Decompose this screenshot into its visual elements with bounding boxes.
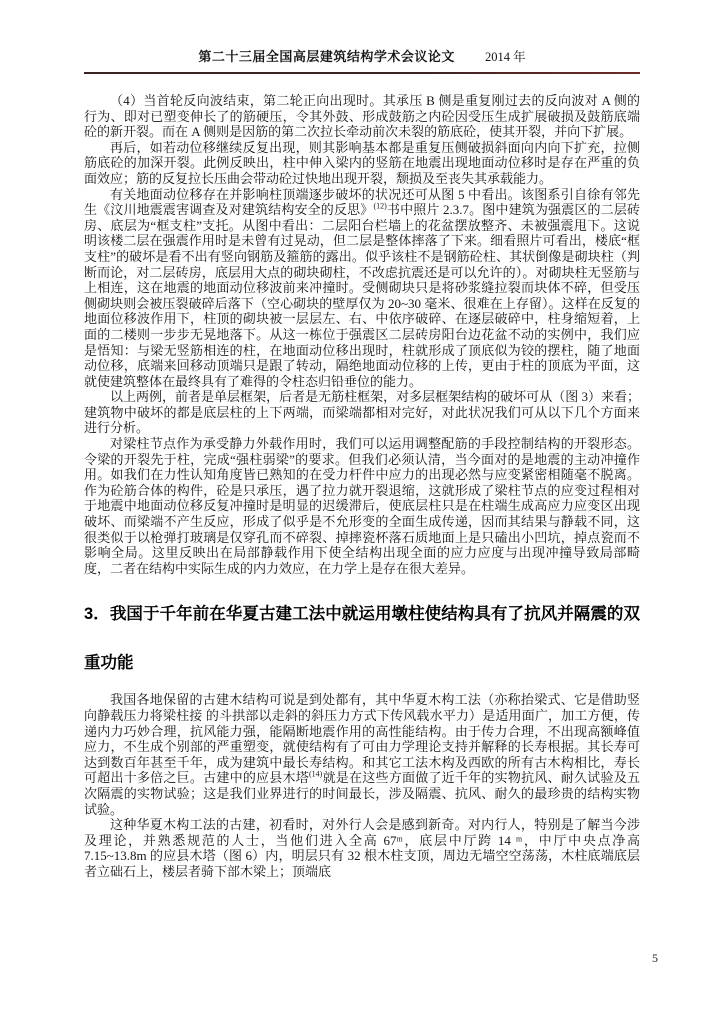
page-number: 5 [652, 951, 658, 966]
paragraph-7: 这种华夏木构工法的古建，初看时，对外行人会是感到新奇。对内行人，特别是了解当今涉… [84, 817, 640, 879]
paragraph-text: 书中照片 2.3.7。图中建筑为强震区的二层砖房、底层为“框支柱”支托。从图中看… [84, 202, 640, 389]
paragraph-4: 以上两例，前者是单层框架，后者是无筋柱框架，对多层框架结构的破坏可从（图 3）来… [84, 389, 640, 436]
body-content: （4）当首轮反向波结束，第二轮正向出现时。其承压 B 侧是重复刚过去的反向波对 … [84, 93, 640, 880]
page-header: 第二十三届全国高层建筑结构学术会议论文 2014 年 [84, 46, 640, 65]
paragraph-6: 我国各地保留的古建木结构可说是到处都有，其中华夏木构工法（亦称抬梁式、它是借助竖… [84, 692, 640, 817]
paragraph-2: 再后，如若动位移继续反复出现，则其影响基本都是重复压侧破损斜面向内向下扩充，拉侧… [84, 140, 640, 187]
paragraph-text: 这种华夏木构工法的古建，初看时，对外行人会是感到新奇。对内行人，特别是了解当今涉… [84, 817, 640, 879]
paragraph-1: （4）当首轮反向波结束，第二轮正向出现时。其承压 B 侧是重复刚过去的反向波对 … [84, 93, 640, 140]
citation-ref-12: (12) [373, 202, 386, 211]
section-3-heading: 3．我国于千年前在华夏古建工法中就运用墩柱使结构具有了抗风并隔震的双重功能 [84, 590, 640, 688]
paragraph-text: 以上两例，前者是单层框架，后者是无筋柱框架，对多层框架结构的破坏可从（图 3）来… [84, 389, 640, 435]
citation-ref-14: (14) [309, 770, 322, 779]
header-divider [84, 72, 640, 74]
paragraph-3: 有关地面动位移存在并影响柱顶端逐步破坏的状况还可从图 5 中看出。该图系引自徐有… [84, 187, 640, 390]
paper-page: 第二十三届全国高层建筑结构学术会议论文 2014 年 （4）当首轮反向波结束，第… [0, 0, 724, 1024]
paragraph-5: 对梁柱节点作为承受静力外载作用时，我们可以运用调整配筋的手段控制结构的开裂形态。… [84, 436, 640, 576]
paragraph-text: 对梁柱节点作为承受静力外载作用时，我们可以运用调整配筋的手段控制结构的开裂形态。… [84, 436, 640, 576]
paragraph-text: （4）当首轮反向波结束，第二轮正向出现时。其承压 B 侧是重复刚过去的反向波对 … [84, 93, 640, 139]
conference-title: 第二十三届全国高层建筑结构学术会议论文 [198, 46, 455, 65]
header-year: 2014 年 [485, 47, 526, 65]
paragraph-text: 再后，如若动位移继续反复出现，则其影响基本都是重复压侧破损斜面向内向下扩充，拉侧… [84, 140, 640, 186]
